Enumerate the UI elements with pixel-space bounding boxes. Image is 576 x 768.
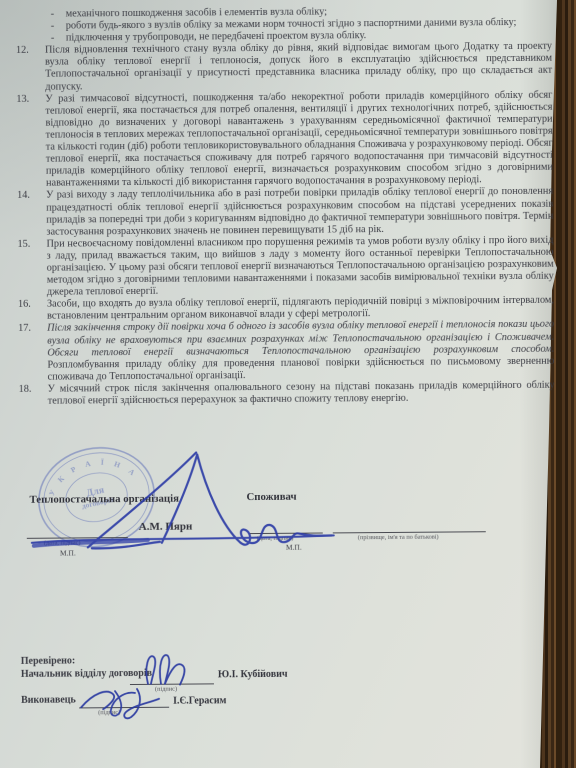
footer-handwritten-signatures bbox=[63, 640, 234, 726]
item-text-regular: Розпломбування приладу обліку для провед… bbox=[47, 355, 554, 382]
list-item-17: 17. Після закінчення строку дії повірки … bbox=[0, 319, 554, 384]
item-number: 13. bbox=[16, 93, 29, 105]
document-photo: - механічного пошкодження засобів і елем… bbox=[0, 0, 576, 768]
item-text: Після відновлення технічного стану вузла… bbox=[45, 41, 552, 93]
bullet-dash: - bbox=[51, 9, 55, 21]
item-text: При несвоєчасному повідомленні власником… bbox=[46, 234, 553, 298]
list-item-15: 15. При несвоєчасному повідомленні власн… bbox=[0, 234, 554, 299]
consumer-line2-caption: (прізвище, ім'я та по батькові) bbox=[358, 534, 439, 542]
bullet-dash: - bbox=[51, 21, 55, 33]
list-item-18: 18. У місячний строк після закінчення оп… bbox=[1, 380, 555, 409]
item-text: У разі тимчасової відсутності, пошкоджен… bbox=[45, 89, 553, 190]
page-content: - механічного пошкодження засобів і елем… bbox=[0, 0, 576, 768]
handwritten-signature bbox=[1, 429, 362, 572]
list-item-13: 13. У разі тимчасової відсутності, пошко… bbox=[0, 89, 553, 190]
body-list: - механічного пошкодження засобів і елем… bbox=[0, 5, 555, 408]
item-text-italic: Після закінчення строку дії повірки хоча… bbox=[47, 319, 554, 358]
item-number: 14. bbox=[17, 190, 30, 202]
item-text: У місячний строк після закінчення опалюв… bbox=[48, 380, 555, 408]
bullet-dash: - bbox=[51, 33, 55, 45]
item-text: Після закінчення строку дії повірки хоча… bbox=[47, 319, 554, 383]
item-number: 15. bbox=[17, 239, 30, 251]
item-number: 12. bbox=[16, 45, 29, 57]
list-item-12: 12. Після відновлення технічного стану в… bbox=[0, 41, 552, 94]
item-number: 18. bbox=[19, 384, 32, 396]
item-number: 17. bbox=[18, 323, 31, 335]
list-item-14: 14. У разі виходу з ладу теплолічильника… bbox=[0, 186, 553, 239]
item-text: У разі виходу з ладу теплолічильника або… bbox=[46, 186, 553, 238]
item-number: 16. bbox=[18, 299, 31, 311]
